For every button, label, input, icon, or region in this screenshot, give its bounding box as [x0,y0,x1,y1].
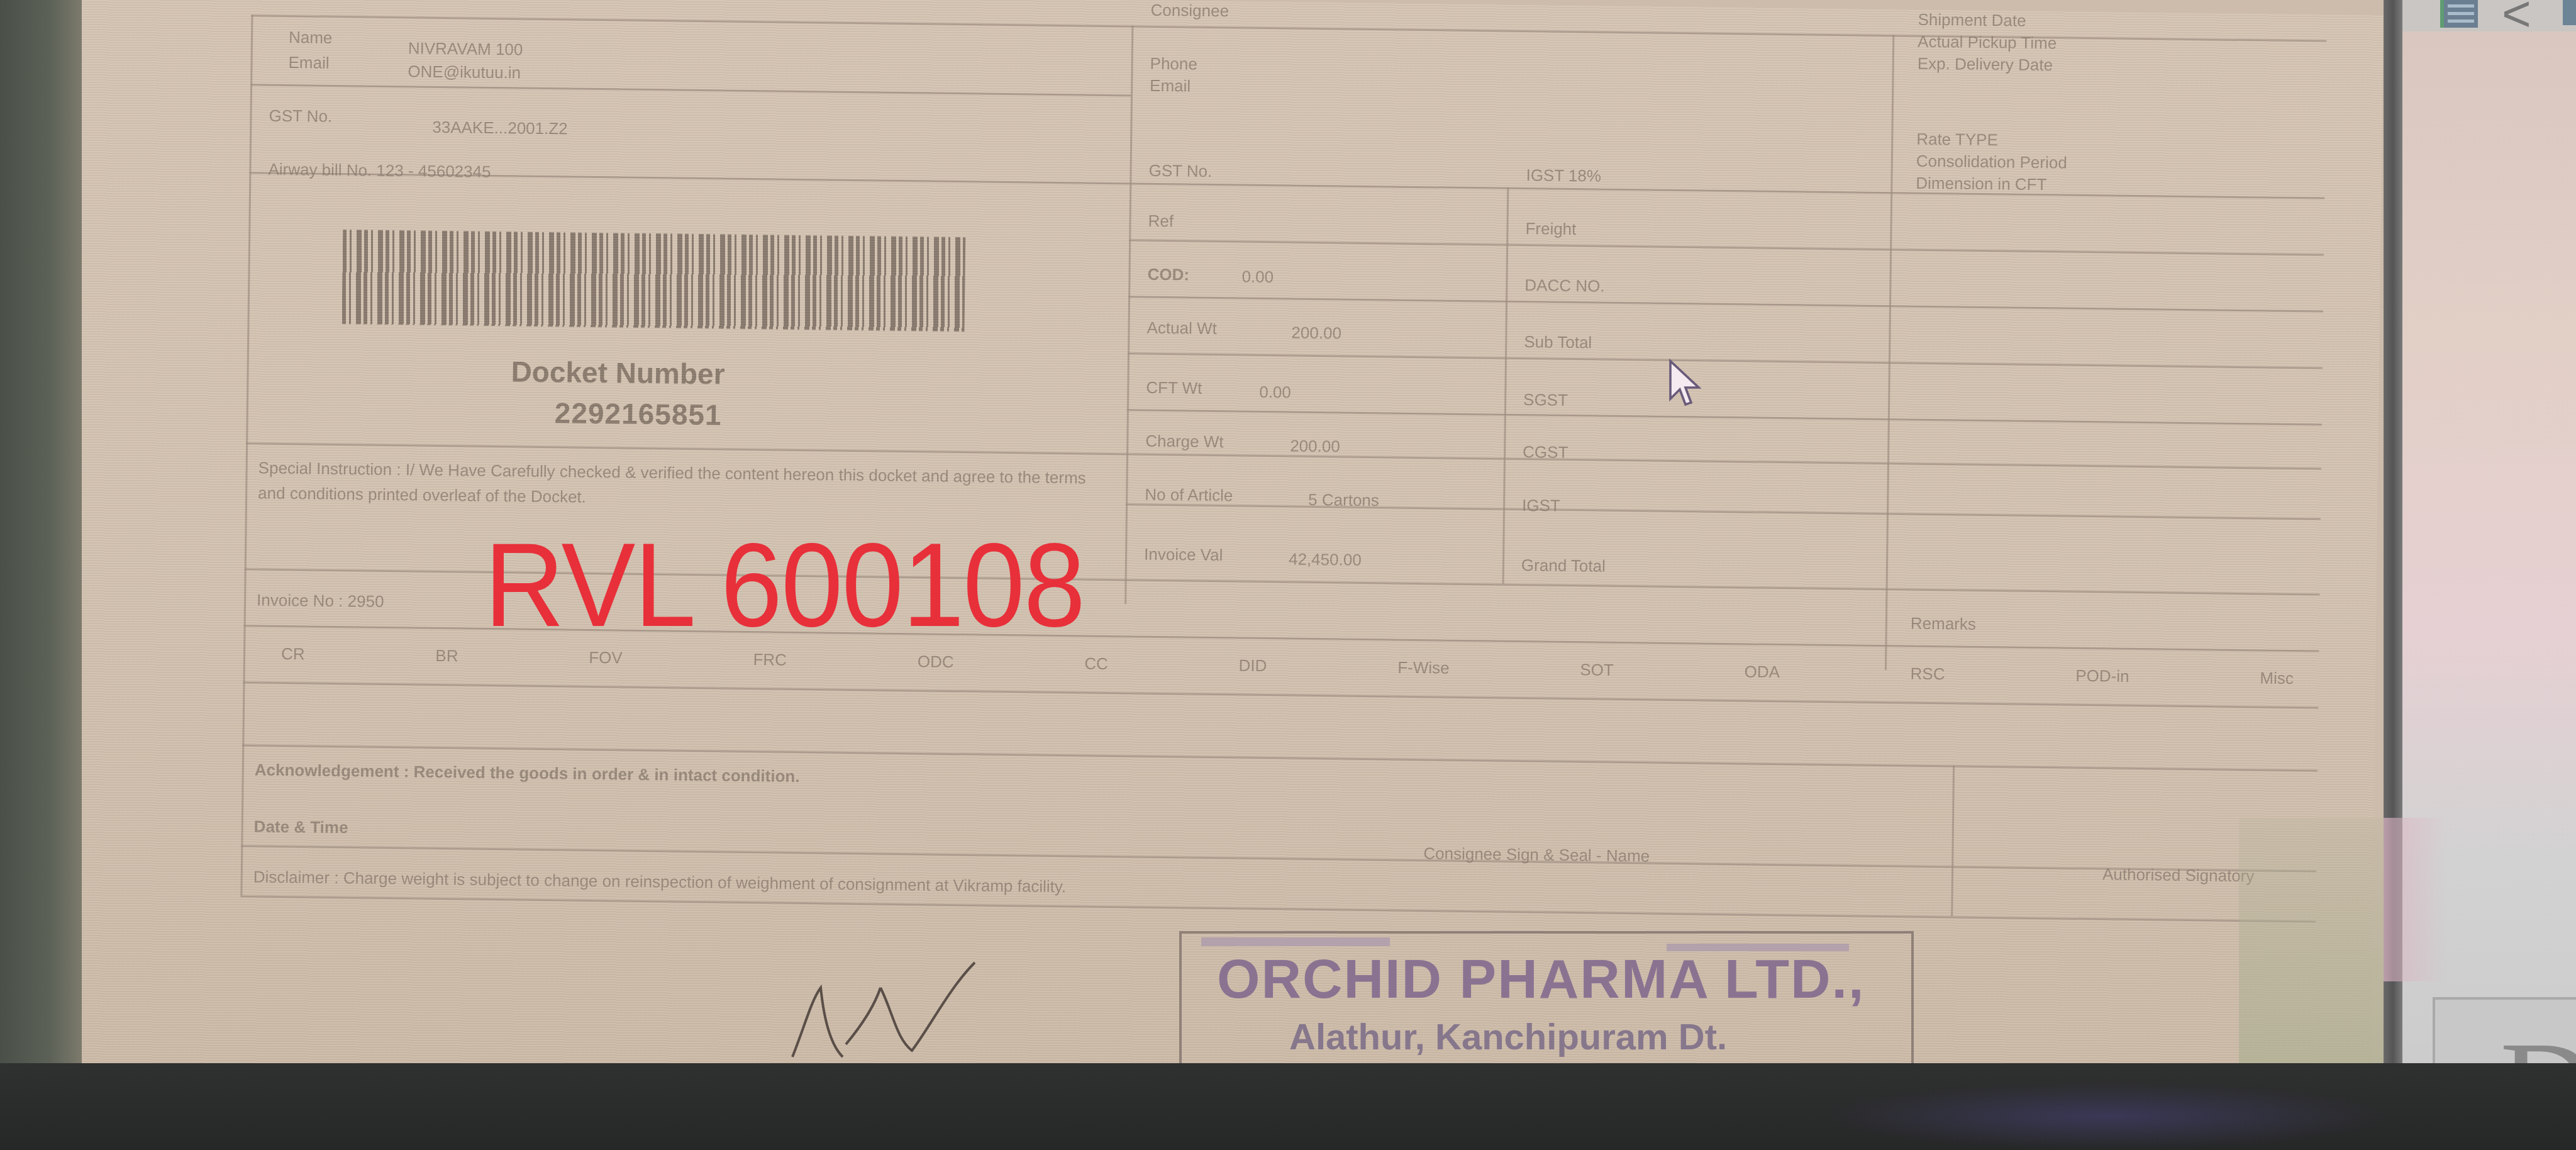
bezel-reflection [1824,1082,2390,1150]
gst-rate: IGST 18% [1526,165,1601,186]
service-code: DID [1238,656,1267,676]
table-border [1885,35,1894,670]
table-border [1126,503,2321,520]
no-of-articles-label: No of Article [1145,485,1233,506]
email-label-mid: Email [1150,76,1191,96]
email-label: Email [288,53,329,73]
ref-label: Ref [1148,211,1174,231]
email-value: ONE@ikutuu.in [408,62,521,82]
cft-wt-label: CFT Wt [1146,378,1202,398]
stamp-company-name: ORCHID PHARMA LTD., [1217,947,1865,1011]
cgst-label: CGST [1523,442,1568,462]
mouse-cursor-icon [1667,357,1704,414]
invoice-value: 42,450.00 [1289,550,1362,570]
invoice-no-label: Invoice No : 2950 [257,590,384,611]
stamp-address: Alathur, Kanchipuram Dt. [1289,1016,1727,1058]
no-of-articles-value: 5 Cartons [1308,490,1379,510]
service-code: BR [435,646,458,666]
table-border [1129,239,2324,255]
acknowledgement: Acknowledgement : Received the goods in … [255,760,800,786]
airway-bill: Airway bill No. 123 - 45602345 [268,160,491,182]
authorised-signatory: Authorised Signatory [2102,864,2255,886]
handwritten-signature [786,950,1013,1069]
table-border [240,895,2316,922]
docket-number-label: Docket Number [511,354,725,391]
notes-icon[interactable] [2440,0,2478,28]
phone-label: Phone [1150,54,1197,74]
service-code: ODA [1744,662,1780,682]
actual-wt-value: 200.00 [1291,323,1341,343]
table-border [1128,352,2323,369]
shipment-date-label: Shipment Date [1918,10,2026,31]
monitor-left-bezel [0,0,82,1069]
special-instruction: Special Instruction : I/ We Have Careful… [258,455,1108,515]
service-code: CR [281,644,305,664]
table-border [1502,187,1509,584]
gst-value: 33AAKE...2001.Z2 [432,118,568,139]
chevron-left-icon[interactable]: < [2502,0,2531,39]
remarks-label: Remarks [1911,614,1976,634]
service-code: FRC [753,650,787,670]
rate-type-label: Rate TYPE [1916,130,1998,150]
table-border [241,845,2316,872]
docket-number: 2292165851 [554,396,721,432]
dacc-label: DACC NO. [1524,276,1604,296]
reference-overlay-text: RVL 600108 [484,525,1084,645]
barcode [341,230,965,332]
scanned-docket-document: Name NIVRAVAM 100 Email ONE@ikutuu.in GS… [69,0,2384,1091]
consignee-label: Consignee [1150,1,1229,21]
service-code: CC [1084,654,1108,674]
rate-type-1: Consolidation Period [1916,152,2067,173]
table-border [250,84,1131,96]
date-time-label: Date & Time [254,817,348,837]
cod-label: COD: [1147,265,1189,285]
charge-wt-value: 200.00 [1290,437,1340,457]
invoice-value-label: Invoice Val [1144,545,1223,566]
gst-label: GST No. [269,106,332,126]
service-code: POD-in [2075,666,2129,686]
igst-label: IGST [1522,496,1560,516]
charge-wt-label: Charge Wt [1145,432,1224,452]
table-border [1951,765,1955,916]
table-border [240,14,253,895]
name-label: Name [289,28,333,48]
table-border [1128,296,2323,312]
service-code: F-Wise [1397,658,1450,678]
consignee-sign-label: Consignee Sign & Seal - Name [1423,844,1650,866]
screen-glare [2239,818,2384,1063]
pickup-time-label: Actual Pickup Time [1918,32,2057,53]
service-code: SOT [1580,660,1614,680]
rate-type-2: Dimension in CFT [1916,174,2046,195]
service-code: ODC [918,652,954,672]
sub-total-label: Sub Total [1524,332,1592,352]
table-border [243,681,2319,708]
gst-label-mid: GST No. [1148,161,1212,181]
sgst-label: SGST [1523,390,1568,410]
side-panel-toolbar [2402,0,2576,31]
actual-wt-label: Actual Wt [1146,318,1217,338]
grand-total-label: Grand Total [1521,555,1606,576]
freight-label: Freight [1525,219,1576,239]
cod-value: 0.00 [1241,267,1274,287]
table-border [1127,409,2322,425]
service-code: RSC [1910,664,1945,684]
name-value: NIVRAVAM 100 [408,38,523,59]
table-border [1124,25,1133,604]
cft-wt-value: 0.00 [1259,382,1291,403]
side-panel-tab[interactable] [2563,0,2576,25]
screen-glare [2384,818,2446,981]
service-code: Misc [2260,668,2294,688]
delivery-date-label: Exp. Delivery Date [1918,54,2053,75]
disclaimer: Disclaimer : Charge weight is subject to… [253,867,1067,896]
